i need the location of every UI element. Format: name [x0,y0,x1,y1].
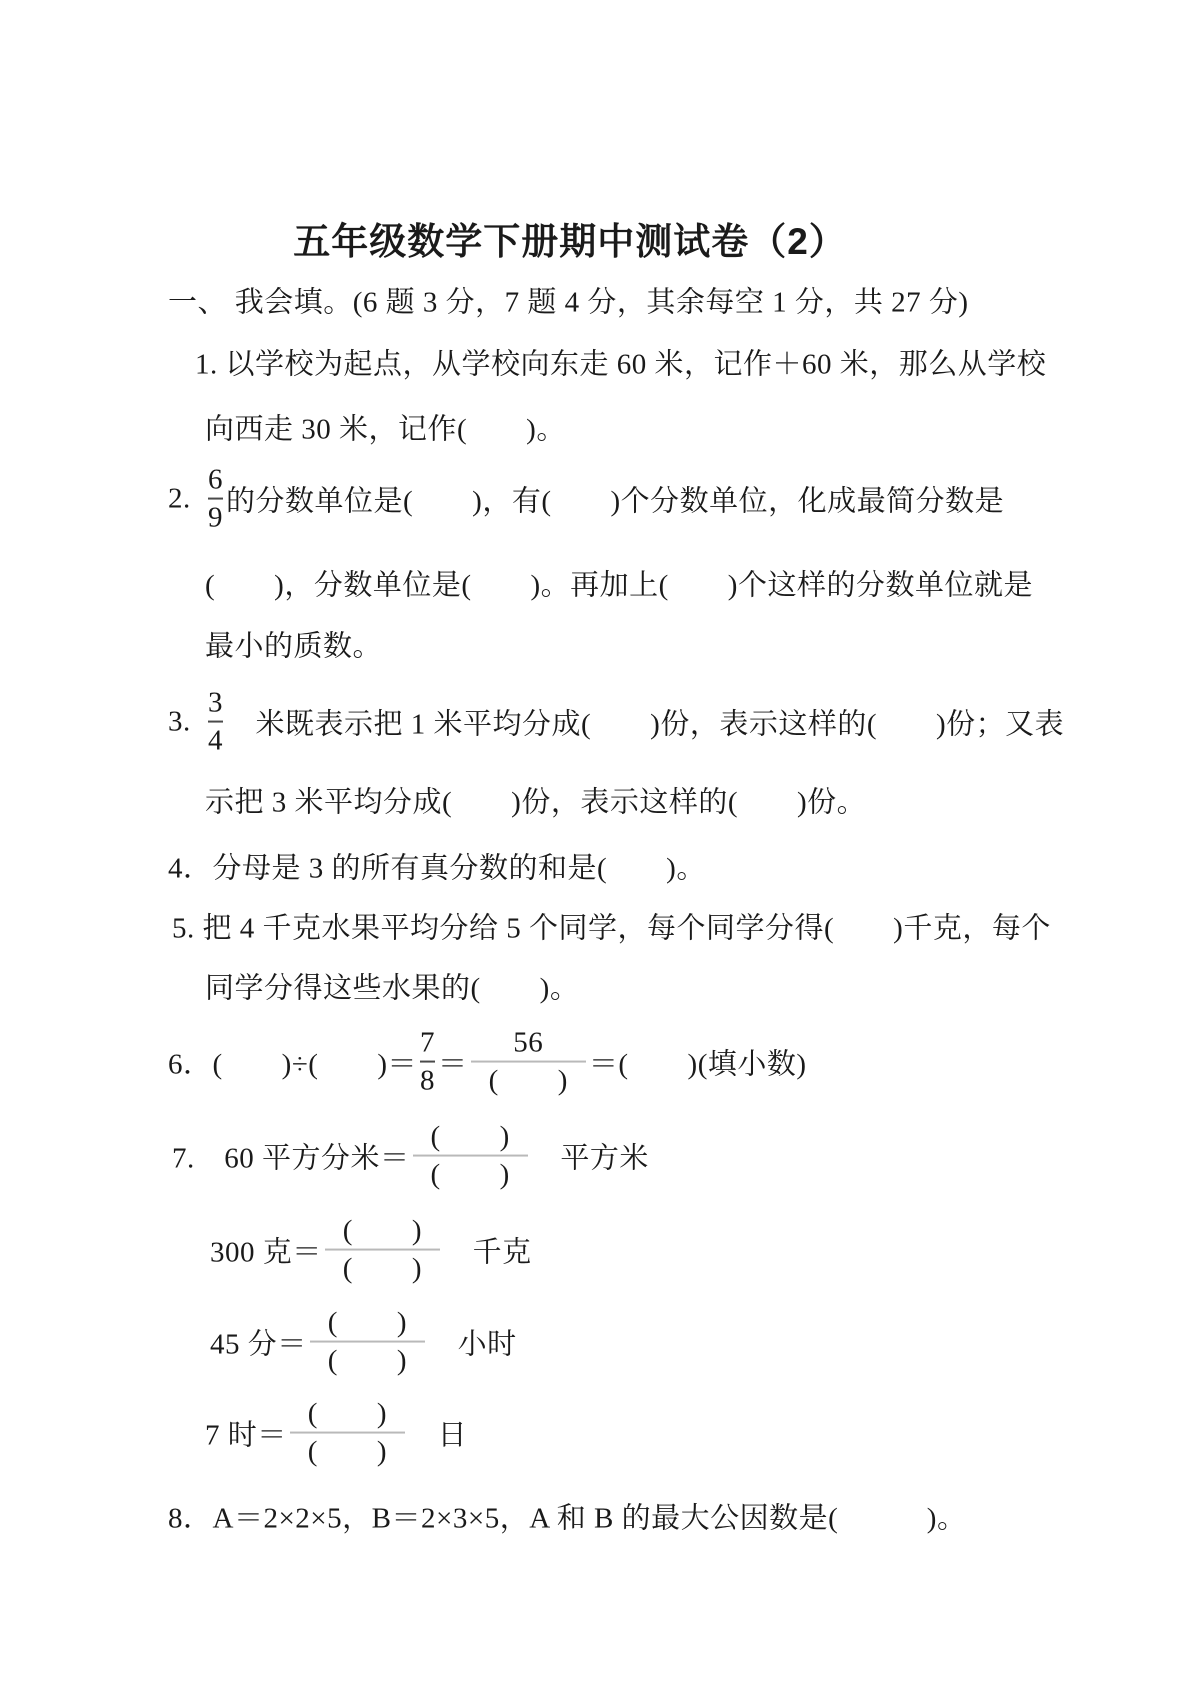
question-7-row-2: 300 克＝ ( ) ( ) 千克 [210,1216,532,1285]
fraction-denominator: ( ) [290,1437,405,1467]
fraction-numerator: 7 [420,1028,435,1058]
fraction-bar [471,1061,586,1063]
question-7-row-2-before: 300 克＝ [210,1230,322,1271]
question-5-text-2: 同学分得这些水果的( )。 [205,966,579,1007]
section-heading-text: 一、 我会填。(6 题 3 分，7 题 4 分，其余每空 1 分，共 27 分) [168,280,969,321]
question-1-line-2: 向西走 30 米，记作( )。 [205,407,566,448]
question-6-fraction-1: 7 8 [420,1028,435,1097]
question-7-row-2-fraction: ( ) ( ) [325,1216,440,1285]
question-1-text-1: 1. 以学校为起点，从学校向东走 60 米，记作＋60 米，那么从学校 [195,342,1046,383]
fraction-denominator: ( ) [413,1160,528,1190]
question-2-line-3: 最小的质数。 [205,624,382,665]
fraction-numerator: ( ) [325,1216,440,1246]
question-4-line: 4．分母是 3 的所有真分数的和是( )。 [168,846,706,887]
question-2-fraction: 6 9 [208,465,223,534]
question-2-line-2: ( )，分数单位是( )。再加上( )个这样的分数单位就是 [205,563,1033,604]
fraction-bar [208,498,223,500]
test-paper-page: 五年级数学下册期中测试卷（2） 一、 我会填。(6 题 3 分，7 题 4 分，… [0,0,1191,1684]
fraction-bar [325,1249,440,1251]
fraction-numerator: ( ) [290,1399,405,1429]
fraction-numerator: ( ) [413,1122,528,1152]
question-2-text-3: 最小的质数。 [205,624,382,665]
question-5-line-1: 5. 把 4 千克水果平均分给 5 个同学，每个同学分得( )千克，每个 [172,906,1051,947]
fraction-numerator: 56 [495,1028,561,1058]
fraction-bar [420,1061,435,1063]
question-3-line-2: 示把 3 米平均分成( )份，表示这样的( )份。 [205,780,866,821]
fraction-denominator: ( ) [471,1066,586,1096]
question-7-row-4-before: 7 时＝ [205,1413,287,1454]
question-2-text-1: 的分数单位是( )，有( )个分数单位，化成最简分数是 [226,479,1004,520]
question-7-row-4-unit: 日 [408,1413,467,1454]
question-6-before-text: 6．( )÷( )＝ [168,1042,417,1083]
question-7-row-3-fraction: ( ) ( ) [310,1308,425,1377]
question-3-text-1: 米既表示把 1 米平均分成( )份，表示这样的( )份；又表 [226,702,1064,743]
question-8-line: 8．A＝2×2×5，B＝2×3×5，A 和 B 的最大公因数是( )。 [168,1496,966,1537]
question-8-text: 8．A＝2×2×5，B＝2×3×5，A 和 B 的最大公因数是( )。 [168,1496,966,1537]
question-6-line: 6．( )÷( )＝ 7 8 ＝ 56 ( ) ＝( )(填小数) [168,1028,807,1097]
question-5-line-2: 同学分得这些水果的( )。 [205,966,579,1007]
question-7-row-2-unit: 千克 [443,1230,532,1271]
question-5-text-1: 5. 把 4 千克水果平均分给 5 个同学，每个同学分得( )千克，每个 [172,906,1051,947]
question-3-number: 3. [168,706,205,739]
question-7-row-1: 7. 60 平方分米＝ ( ) ( ) 平方米 [172,1122,649,1191]
section-heading: 一、 我会填。(6 题 3 分，7 题 4 分，其余每空 1 分，共 27 分) [168,280,969,321]
fraction-denominator: ( ) [325,1254,440,1284]
fraction-numerator: ( ) [310,1308,425,1338]
question-1-line-1: 1. 以学校为起点，从学校向东走 60 米，记作＋60 米，那么从学校 [195,342,1046,383]
fraction-denominator: 4 [208,726,223,756]
fraction-bar [208,721,223,723]
question-2-number: 2. [168,483,205,516]
question-7-row-4-fraction: ( ) ( ) [290,1399,405,1468]
page-title: 五年级数学下册期中测试卷（2） [0,211,1140,265]
question-6-after-text: ＝( )(填小数) [589,1042,807,1083]
question-6-fraction-2: 56 ( ) [471,1028,586,1097]
fraction-denominator: ( ) [310,1346,425,1376]
question-7-row-3-before: 45 分＝ [210,1322,307,1363]
question-3-line-1: 3. 3 4 米既表示把 1 米平均分成( )份，表示这样的( )份；又表 [168,688,1064,757]
question-4-text: 4．分母是 3 的所有真分数的和是( )。 [168,846,706,887]
fraction-bar [413,1155,528,1157]
question-6-equals-sign: ＝ [438,1042,468,1083]
fraction-denominator: 8 [420,1066,435,1096]
question-7-row-1-fraction: ( ) ( ) [413,1122,528,1191]
fraction-bar [290,1432,405,1434]
fraction-denominator: 9 [208,503,223,533]
question-7-row-3-unit: 小时 [428,1322,517,1363]
question-3-text-2: 示把 3 米平均分成( )份，表示这样的( )份。 [205,780,866,821]
question-3-fraction: 3 4 [208,688,223,757]
question-2-line-1: 2. 6 9 的分数单位是( )，有( )个分数单位，化成最简分数是 [168,465,1004,534]
question-2-text-2: ( )，分数单位是( )。再加上( )个这样的分数单位就是 [205,563,1033,604]
question-7-row-1-before: 7. 60 平方分米＝ [172,1136,410,1177]
question-7-row-4: 7 时＝ ( ) ( ) 日 [205,1399,467,1468]
question-7-row-3: 45 分＝ ( ) ( ) 小时 [210,1308,517,1377]
fraction-numerator: 3 [208,688,223,718]
question-7-row-1-unit: 平方米 [531,1136,649,1177]
question-1-text-2: 向西走 30 米，记作( )。 [205,407,566,448]
fraction-numerator: 6 [208,465,223,495]
fraction-bar [310,1341,425,1343]
